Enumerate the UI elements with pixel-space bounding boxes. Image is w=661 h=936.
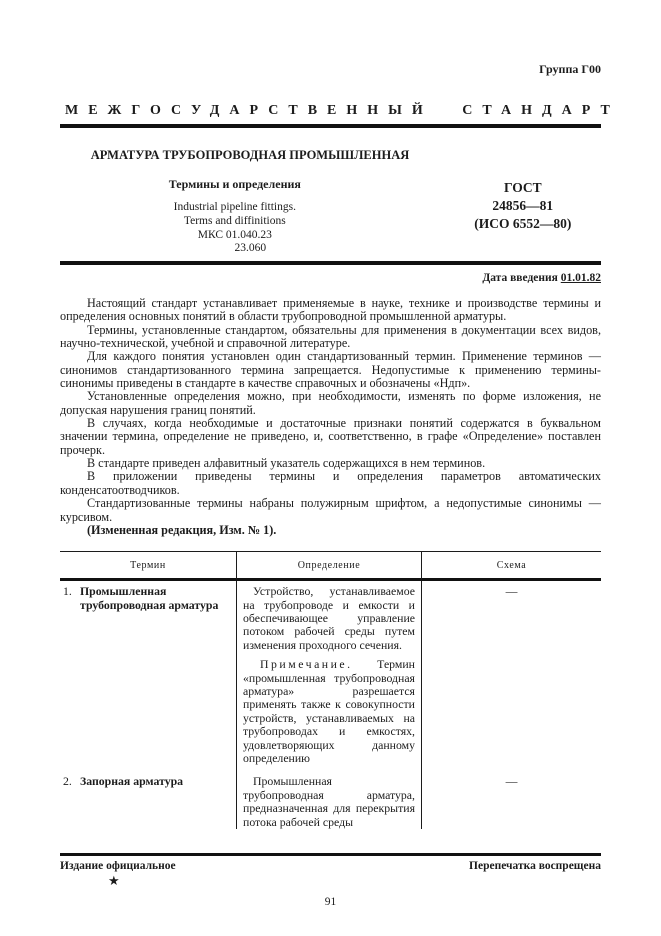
header-rule: [60, 124, 601, 128]
intro-paragraph: Для каждого понятия установлен один стан…: [60, 350, 601, 390]
table-row-1-definition: Устройство, устанавливаемое на трубопров…: [236, 581, 422, 771]
terms-table: Термин Определение Схема 1. Промышленная…: [60, 551, 601, 829]
intro-paragraph: Стандартизованные термины набраны полужи…: [60, 497, 601, 524]
document-page: Группа Г00 МЕЖГОСУДАРСТВЕННЫЙ СТАНДАРТ А…: [0, 0, 661, 936]
note-text: Термин «промышленная трубопроводная арма…: [243, 657, 415, 765]
term-number: 2.: [63, 775, 80, 829]
designation-number: 24856—81: [445, 197, 601, 215]
title-block: АРМАТУРА ТРУБОПРОВОДНАЯ ПРОМЫШЛЕННАЯ Тер…: [60, 148, 601, 255]
title-english-line1: Industrial pipeline fittings.: [60, 201, 410, 215]
title-english-line2: Terms and diffinitions: [60, 215, 410, 229]
definition-note: Примечание. Термин «промышленная трубопр…: [243, 658, 415, 765]
intro-paragraph: Настоящий стандарт устанавливает применя…: [60, 297, 601, 324]
table-row-2-schema: —: [422, 771, 601, 829]
document-subtitle: Термины и определения: [60, 177, 410, 192]
definition-text: Устройство, устанавливаемое на трубопров…: [243, 585, 415, 652]
standard-designation: ГОСТ 24856—81 (ИСО 6552—80): [445, 177, 601, 233]
date-label: Дата введения: [482, 272, 558, 284]
standard-type-heading: МЕЖГОСУДАРСТВЕННЫЙ СТАНДАРТ: [60, 103, 601, 119]
mks-line2: 23.060: [60, 242, 410, 255]
mks-line1: МКС 01.040.23: [60, 229, 410, 242]
table-header-schema: Схема: [422, 552, 601, 581]
page-footer: Издание официальное Перепечатка воспреще…: [60, 853, 601, 872]
official-edition-label: Издание официальное: [60, 860, 176, 872]
page-number: 91: [60, 896, 601, 908]
table-row-1-schema: —: [422, 581, 601, 771]
introduction-section: Настоящий стандарт устанавливает применя…: [60, 297, 601, 537]
star-icon: ★: [108, 873, 601, 889]
intro-paragraph: Термины, установленные стандартом, обяза…: [60, 324, 601, 351]
intro-paragraph: Установленные определения можно, при нео…: [60, 390, 601, 417]
table-header-term: Термин: [60, 552, 236, 581]
section-rule: [60, 261, 601, 265]
title-left-column: Термины и определения Industrial pipelin…: [60, 177, 410, 255]
intro-paragraph: В случаях, когда необходимые и достаточн…: [60, 417, 601, 457]
table-row-1-term: 1. Промышленная трубопроводная арматура: [60, 581, 236, 771]
table-row-2-term: 2. Запорная арматура: [60, 771, 236, 829]
term-text: Запорная арматура: [80, 775, 183, 829]
intro-paragraph: В стандарте приведен алфавитный указател…: [60, 457, 601, 470]
table-row-2-definition: Промышленная трубопроводная арматура, пр…: [236, 771, 422, 829]
date-value: 01.01.82: [561, 272, 601, 284]
reprint-prohibited-label: Перепечатка воспрещена: [469, 860, 601, 872]
introduction-date-line: Дата введения 01.01.82: [60, 272, 601, 284]
title-english: Industrial pipeline fittings. Terms and …: [60, 201, 410, 228]
table-header-definition: Определение: [236, 552, 422, 581]
term-text: Промышленная трубопроводная арматура: [80, 585, 230, 765]
intro-paragraph: В приложении приведены термины и определ…: [60, 470, 601, 497]
definition-text: Промышленная трубопроводная арматура, пр…: [243, 775, 415, 829]
designation-gost: ГОСТ: [445, 179, 601, 197]
document-title: АРМАТУРА ТРУБОПРОВОДНАЯ ПРОМЫШЛЕННАЯ: [60, 148, 440, 163]
note-label: Примечание.: [260, 657, 353, 671]
title-row: Термины и определения Industrial pipelin…: [60, 177, 601, 255]
mks-classification: МКС 01.040.23 23.060: [60, 229, 410, 255]
amendment-note: (Измененная редакция, Изм. № 1).: [60, 524, 601, 537]
group-label: Группа Г00: [60, 62, 601, 77]
designation-iso: (ИСО 6552—80): [445, 215, 601, 233]
page-content: Группа Г00 МЕЖГОСУДАРСТВЕННЫЙ СТАНДАРТ А…: [60, 62, 601, 908]
term-number: 1.: [63, 585, 80, 765]
